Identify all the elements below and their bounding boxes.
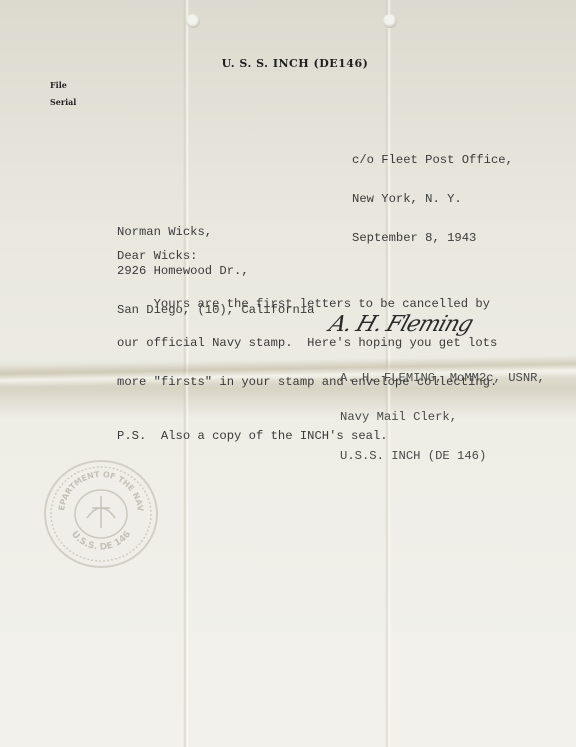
serial-label: Serial — [50, 97, 76, 107]
address-line: New York, N. Y. — [352, 193, 513, 206]
salutation: Dear Wicks: — [117, 250, 197, 263]
signature-line: Navy Mail Clerk, — [340, 411, 545, 424]
signature-line: A. H. FLEMING, MoMM2c, USNR, — [340, 372, 545, 385]
punch-hole — [186, 14, 200, 28]
letter-page: U. S. S. INCH (DE146) File Serial c/o Fl… — [0, 0, 576, 747]
handwritten-signature: A. H. Fleming — [326, 312, 476, 337]
postscript: P.S. Also a copy of the INCH's seal. — [117, 430, 388, 443]
letterhead: U. S. S. INCH (DE146) — [0, 57, 576, 70]
punch-hole — [383, 14, 397, 28]
date-line: September 8, 1943 — [352, 232, 513, 245]
body-line: Yours are the first letters to be cancel… — [117, 298, 497, 311]
signature-block: A. H. FLEMING, MoMM2c, USNR, Navy Mail C… — [340, 346, 545, 489]
signature-line: U.S.S. INCH (DE 146) — [340, 450, 545, 463]
sender-address: c/o Fleet Post Office, New York, N. Y. S… — [352, 128, 513, 271]
file-label: File — [50, 80, 67, 90]
recipient-name: Norman Wicks, — [117, 226, 314, 239]
embossed-seal-icon: DEPARTMENT OF THE NAVY U.S.S. DE 146 — [42, 458, 160, 570]
address-line: c/o Fleet Post Office, — [352, 154, 513, 167]
